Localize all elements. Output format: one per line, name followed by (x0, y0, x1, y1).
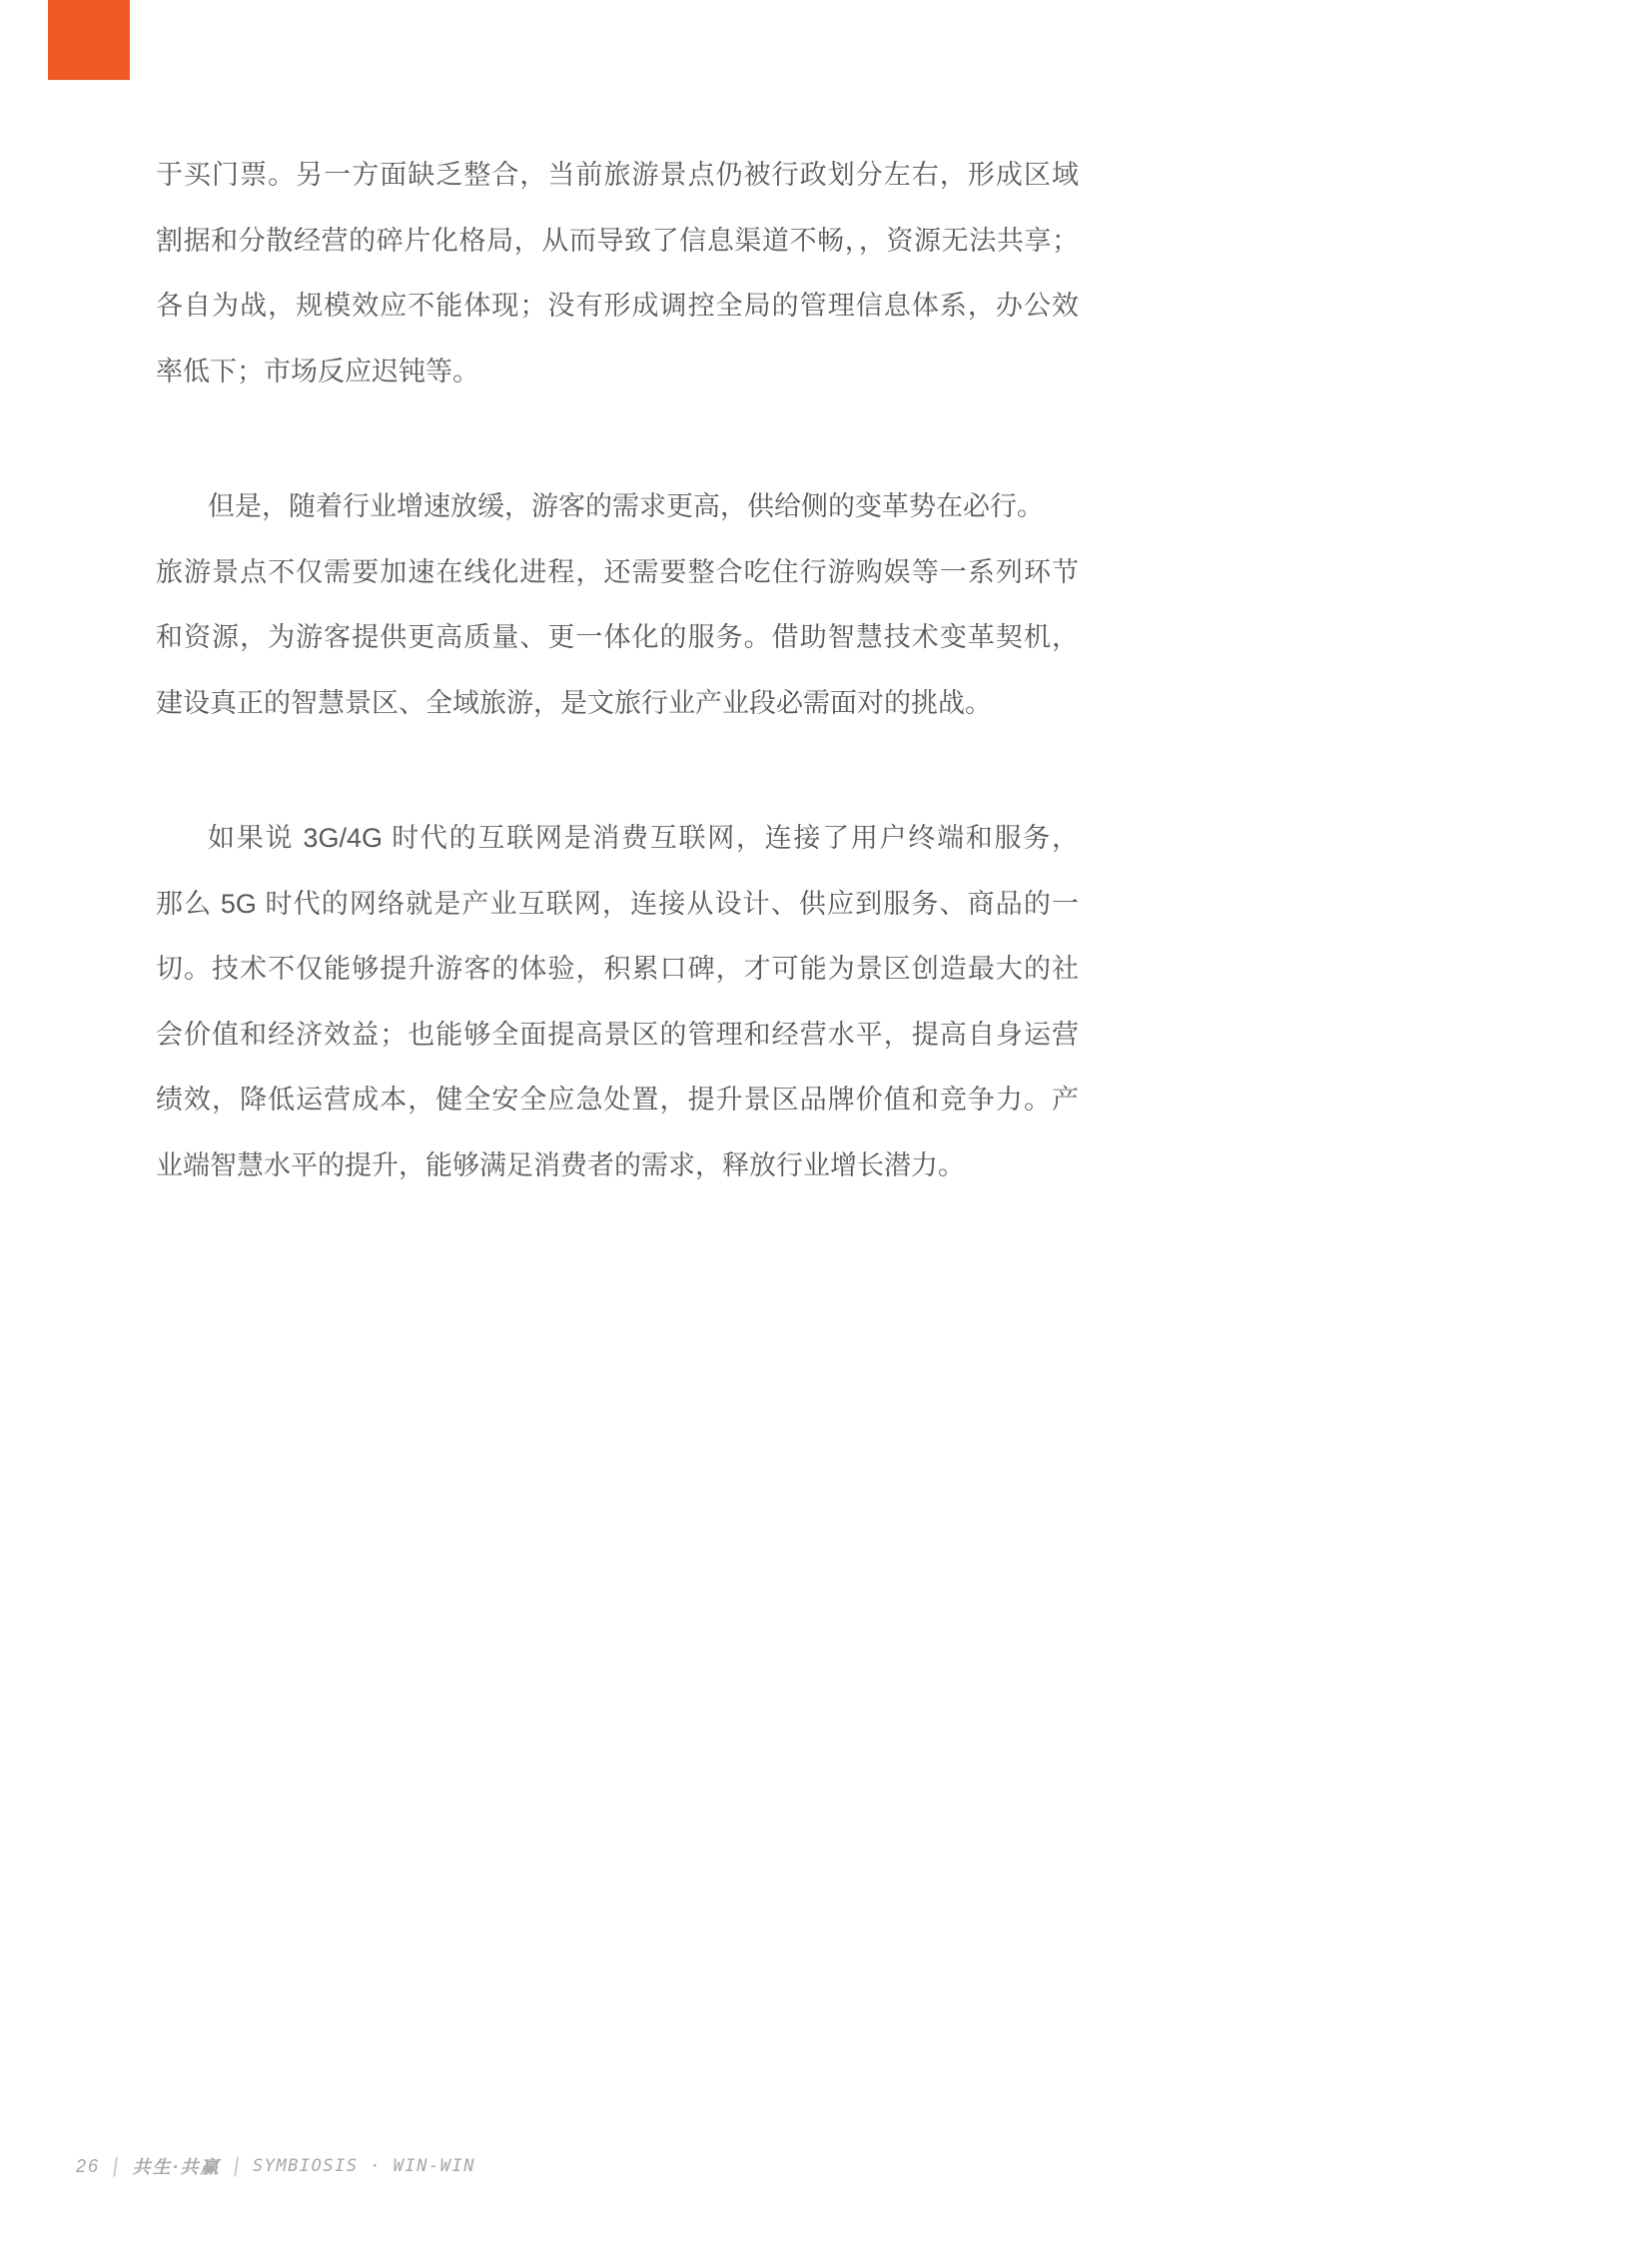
text-line: 建设真正的智慧景区、全域旅游，是文旅行业产业段必需面对的挑战。 (156, 671, 1079, 737)
page-footer: 26 | 共生·共赢 | SYMBIOSIS · WIN-WIN (76, 2153, 475, 2179)
footer-title-english: SYMBIOSIS · WIN-WIN (253, 2156, 475, 2176)
text-line: 如果说 3G/4G 时代的互联网是消费互联网，连接了用户终端和服务， (156, 806, 1079, 872)
text-line: 和资源，为游客提供更高质量、更一体化的服务。借助智慧技术变革契机， (156, 605, 1079, 671)
text-line: 切。技术不仅能够提升游客的体验，积累口碑，才可能为景区创造最大的社 (156, 937, 1079, 1003)
footer-separator: | (111, 2154, 121, 2178)
text-line: 业端智慧水平的提升，能够满足消费者的需求，释放行业增长潜力。 (156, 1133, 1079, 1199)
text-line: 但是，随着行业增速放缓，游客的需求更高，供给侧的变革势在必行。 (156, 474, 1079, 540)
text-line: 绩效，降低运营成本，健全安全应急处置，提升景区品牌价值和竞争力。产 (156, 1068, 1079, 1133)
text-line: 会价值和经济效益；也能够全面提高景区的管理和经营水平，提高自身运营 (156, 1003, 1079, 1069)
paragraph: 如果说 3G/4G 时代的互联网是消费互联网，连接了用户终端和服务，那么 5G … (156, 806, 1079, 1198)
text-line: 各自为战，规模效应不能体现；没有形成调控全局的管理信息体系，办公效 (156, 274, 1079, 340)
corner-accent-square (48, 0, 130, 80)
document-page: 于买门票。另一方面缺乏整合，当前旅游景点仍被行政划分左右，形成区域割据和分散经营… (0, 0, 1652, 2242)
body-text-block: 于买门票。另一方面缺乏整合，当前旅游景点仍被行政划分左右，形成区域割据和分散经营… (156, 143, 1079, 1268)
text-line: 率低下；市场反应迟钝等。 (156, 340, 1079, 405)
text-line: 割据和分散经营的碎片化格局，从而导致了信息渠道不畅，，资源无法共享； (156, 209, 1079, 275)
text-line: 那么 5G 时代的网络就是产业互联网，连接从设计、供应到服务、商品的一 (156, 872, 1079, 938)
text-line: 旅游景点不仅需要加速在线化进程，还需要整合吃住行游购娱等一系列环节 (156, 540, 1079, 606)
paragraph: 于买门票。另一方面缺乏整合，当前旅游景点仍被行政划分左右，形成区域割据和分散经营… (156, 143, 1079, 404)
footer-separator: | (232, 2154, 242, 2178)
footer-title-chinese: 共生·共赢 (133, 2153, 221, 2179)
text-line: 于买门票。另一方面缺乏整合，当前旅游景点仍被行政划分左右，形成区域 (156, 143, 1079, 209)
page-number: 26 (76, 2156, 100, 2177)
paragraph: 但是，随着行业增速放缓，游客的需求更高，供给侧的变革势在必行。旅游景点不仅需要加… (156, 474, 1079, 736)
